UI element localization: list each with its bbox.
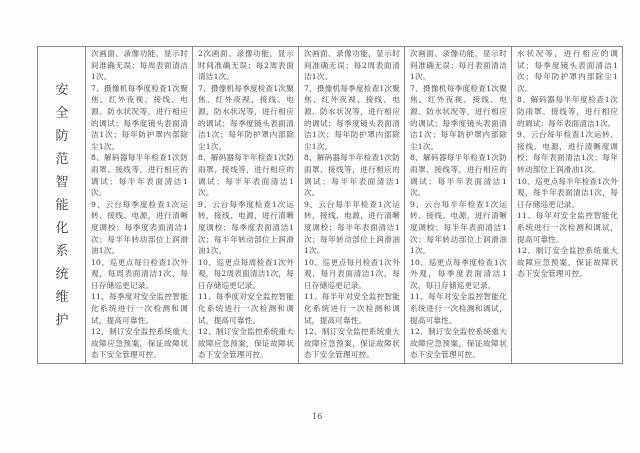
cell-text: 次画面、录像功能，显示时间准确无误；每2周表面清洁1次。 bbox=[304, 48, 400, 83]
row-label-cell: 安 全 防 范 智 能 化 系 统 维 护 bbox=[38, 47, 86, 364]
cell-text: 10、巡更点每月检查1次外观，每月表面清洁1次，每日存储巡更记录。 bbox=[304, 257, 400, 292]
cell-text: 11、每季度对安全监控智能化系统进行一次检测和调试，提高可靠性。 bbox=[198, 291, 294, 326]
row-label-char: 统 bbox=[55, 267, 68, 282]
row-label-char: 防 bbox=[55, 129, 68, 144]
standard-cell-level-2: 2次画面、录像功能，显示时间准确无误；每2周表面清洁1次。 7、摄像机每季度检查… bbox=[193, 47, 299, 364]
cell-text: 10、巡更点每周检查1次外观，每2周表面清洁1次，每日存储巡更记录。 bbox=[198, 257, 294, 292]
cell-text: 11、每年对安全监控智能化系统进行一次检测和调试，提高可靠性。 bbox=[410, 291, 507, 326]
cell-text: 9、云台每半年检查1次运转、接线、电源，进行清晰度调校；每半年表面清洁1次；每年… bbox=[410, 199, 507, 257]
cell-text: 12、制订安全监控系统重大故障应急预案，保证故障状态下安全管理可控。 bbox=[198, 326, 294, 361]
cell-text: 7、摄像机每季度检查1次聚焦、红外夜视、接线、电源、防水状况等，进行相应的调试；… bbox=[198, 83, 294, 153]
row-label-char: 范 bbox=[55, 152, 68, 167]
standard-cell-level-4: 次画面、录像功能，显示时间准确无误；每月表面清洁1次。 7、摄像机每季度检查1次… bbox=[405, 47, 512, 364]
row-label-char: 全 bbox=[55, 106, 68, 121]
row-label-char: 化 bbox=[55, 221, 68, 236]
cell-text: 水状况等，进行相应的调试；每季度镜头表面清洁1次；每年防护罩内部除尘1次。 bbox=[517, 48, 618, 94]
cell-text: 11、每季度对安全监控智能化系统进行一次检测和调试，提高可靠性。 bbox=[91, 291, 188, 326]
cell-text: 11、每年对安全监控智能化系统进行一次检测和调试，提高可靠性。 bbox=[517, 210, 618, 245]
cell-text: 9、云台每年检查1次运转、接线、电源，进行清晰度调校；每年表面清洁1次；每年转动… bbox=[517, 129, 618, 175]
cell-text: 9、云台每季度检查1次运转、接线、电源，进行清晰度调校；每季度表面清洁1次；每半… bbox=[198, 199, 294, 257]
row-label-char: 安 bbox=[55, 83, 68, 98]
cell-text: 8、解码器每半年检查1次防雨罩、接线等，进行相应的调试；每半年表面清洁1次。 bbox=[91, 152, 188, 198]
standard-cell-level-5: 水状况等，进行相应的调试；每季度镜头表面清洁1次；每年防护罩内部除尘1次。 8、… bbox=[512, 47, 623, 364]
document-page: 安 全 防 范 智 能 化 系 统 维 护 次画面、录像功能，显示时间准确无误；… bbox=[0, 0, 640, 453]
standard-cell-level-1: 次画面、录像功能，显示时间准确无误；每周表面清洁1次。 7、摄像机每季度检查1次… bbox=[86, 47, 193, 364]
cell-text: 10、巡更点每日检查1次外观，每周表面清洁1次，每日存储巡更记录。 bbox=[91, 257, 188, 292]
row-label-char: 护 bbox=[55, 313, 68, 328]
cell-text: 8、解码器每半年检查1次防雨罩、接线等，进行相应的调试；每半年表面清洁1次。 bbox=[304, 152, 400, 198]
cell-text: 7、摄像机每季度检查1次聚焦、红外夜视、接线、电源、防水状况等，进行相应的调试；… bbox=[410, 83, 507, 153]
cell-text: 9、云台每季度检查1次运转、接线、电源，进行清晰度调校；每季度表面清洁1次；每半… bbox=[91, 199, 188, 257]
cell-text: 次画面、录像功能，显示时间准确无误；每月表面清洁1次。 bbox=[410, 48, 507, 83]
cell-text: 次画面、录像功能，显示时间准确无误；每周表面清洁1次。 bbox=[91, 48, 188, 83]
cell-text: 12、制订安全监控系统重大故障应急预案，保证故障状态下安全管理可控。 bbox=[91, 326, 188, 361]
cell-text: 8、解码器每半年检查1次防雨罩、接线等，进行相应的调试；每半年表面清洁1次。 bbox=[198, 152, 294, 198]
table-row: 安 全 防 范 智 能 化 系 统 维 护 次画面、录像功能，显示时间准确无误；… bbox=[38, 47, 623, 364]
page-number: 16 bbox=[312, 412, 322, 421]
row-label-char: 智 bbox=[55, 175, 68, 190]
cell-text: 7、摄像机每季度检查1次聚焦、红外夜视、接线、电源、防水状况等，进行相应的调试；… bbox=[91, 83, 188, 153]
cell-text: 12、制订安全监控系统重大故障应急预案，保证故障状态下安全管理可控。 bbox=[410, 326, 507, 361]
cell-text: 10、巡更点每半年检查1次外观，每半年表面清洁1次，每日存储巡更记录。 bbox=[517, 176, 618, 211]
cell-text: 10、巡更点每季度检查1次外观，每季度表面清洁1次，每日存储巡更记录。 bbox=[410, 257, 507, 292]
row-label-char: 维 bbox=[55, 290, 68, 305]
row-label-char: 能 bbox=[55, 198, 68, 213]
cell-text: 2次画面、录像功能，显示时间准确无误；每2周表面清洁1次。 bbox=[198, 48, 294, 83]
maintenance-table: 安 全 防 范 智 能 化 系 统 维 护 次画面、录像功能，显示时间准确无误；… bbox=[37, 46, 623, 364]
cell-text: 9、云台每半年检查1次运转、接线、电源，进行清晰度调校；每半年表面清洁1次；每年… bbox=[304, 199, 400, 257]
cell-text: 8、解码器每半年度检查1次防雨罩、接线等，进行相应的调试；每年表面清洁1次。 bbox=[517, 94, 618, 129]
row-label-char: 系 bbox=[55, 244, 68, 259]
cell-text: 7、摄像机每季度检查1次聚焦、红外夜视、接线、电源、防水状况等，进行相应的调试；… bbox=[304, 83, 400, 153]
cell-text: 12、制订安全监控系统重大故障应急预案，保证故障状态下安全管理可控。 bbox=[304, 326, 400, 361]
row-label-vertical: 安 全 防 范 智 能 化 系 统 维 护 bbox=[43, 83, 81, 328]
cell-text: 12、制订安全监控系统重大故障应急预案，保证故障状态下安全管理可控。 bbox=[517, 245, 618, 280]
cell-text: 11、每半年对安全监控智能化系统进行一次检测和调试，提高可靠性。 bbox=[304, 291, 400, 326]
standard-cell-level-3: 次画面、录像功能，显示时间准确无误；每2周表面清洁1次。 7、摄像机每季度检查1… bbox=[299, 47, 405, 364]
cell-text: 8、解码器每半年检查1次防雨罩、接线等，进行相应的调试；每半年表面清洁1次。 bbox=[410, 152, 507, 198]
